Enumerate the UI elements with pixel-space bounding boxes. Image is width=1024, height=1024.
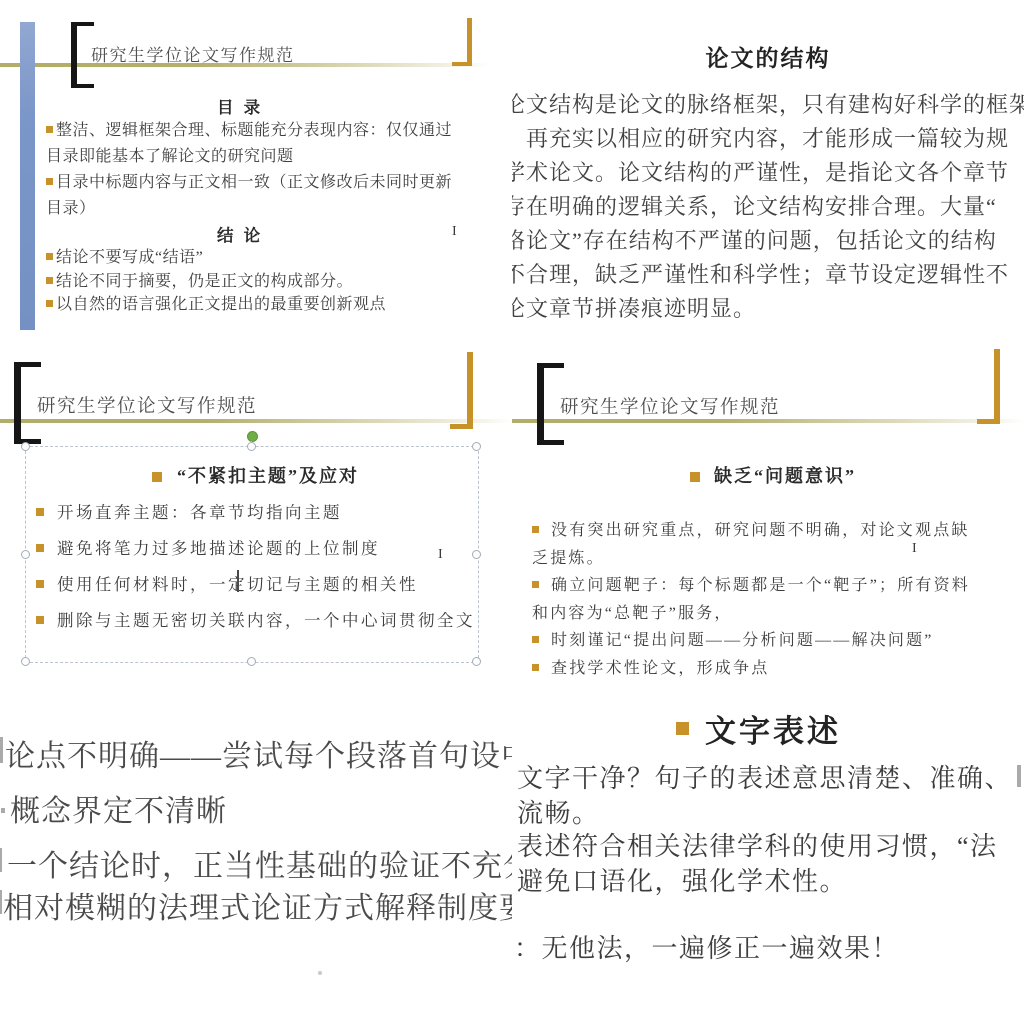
bullet-icon (46, 178, 53, 185)
conclusion-section-title: 结 论 (60, 222, 420, 246)
slide-thumb-argument[interactable]: 论点不明确——尝试每个段落首句设中 概念界定不清晰 一个结论时，正当性基础的验证… (0, 690, 512, 1024)
bullet-icon (46, 277, 53, 284)
bullet-icon (532, 581, 539, 588)
conclusion-list: 结论不要写成“结语” 结论不同于摘要，仍是正文的构成部分。 以自然的语言强化正文… (46, 246, 476, 317)
list-item: 整洁、逻辑框架合理、标题能充分表现内容：仅仅通过目录即能基本了解论文的研究问题 (46, 118, 456, 170)
toc-list: 整洁、逻辑框架合理、标题能充分表现内容：仅仅通过目录即能基本了解论文的研究问题 … (46, 118, 456, 222)
slide-title: “不紧扣主题”及应对 (177, 462, 359, 488)
slide-thumb-theme[interactable]: 研究生学位论文写作规范 “不紧扣主题”及应对 开场直奔主题：各章节均指向主题 避… (0, 345, 512, 690)
header-rule (0, 419, 512, 423)
toc-section-title: 目 录 (60, 94, 420, 118)
clipped-char-fragment (1, 808, 5, 813)
slides-grid: 研究生学位论文写作规范 目 录 整洁、逻辑框架合理、标题能充分表现内容：仅仅通过… (0, 0, 1024, 1024)
slide-title: 缺乏“问题意识” (714, 462, 856, 488)
list-item: 以自然的语言强化正文提出的最重要创新观点 (46, 293, 476, 317)
bullet-icon (36, 580, 44, 588)
clipped-char-fragment (1017, 765, 1021, 787)
resize-handle-ne[interactable] (472, 442, 481, 451)
text-cursor-ibeam: I (438, 547, 443, 563)
list-item: 时刻谨记“提出问题——分析问题——解决问题” (532, 627, 980, 655)
list-item: 使用任何材料时，一定切记与主题的相关性 (36, 567, 482, 603)
slide-thumb-wording[interactable]: 文字表述 文字干净？句子的表述意思清楚、准确、 流畅。 表述符合相关法律学科的使… (512, 690, 1024, 1024)
header-rule (512, 419, 1024, 423)
body-line: ：无他法，一遍修正一遍效果！ (514, 928, 899, 965)
list-item: 结论不要写成“结语” (46, 246, 476, 270)
rotate-handle[interactable] (247, 431, 258, 442)
list-item: 避免将笔力过多地描述论题的上位制度 (36, 531, 482, 567)
body-line: 论点不明确——尝试每个段落首句设中 (5, 731, 512, 775)
body-line: 流畅。 (517, 793, 600, 830)
list-item: 查找学术性论文，形成争点 (532, 655, 980, 683)
bullet-icon (532, 636, 539, 643)
title-bullet-icon (152, 472, 162, 482)
text-cursor-ibeam: I (912, 541, 917, 557)
bullet-icon (36, 616, 44, 624)
stray-dot (318, 971, 322, 975)
resize-handle-n[interactable] (247, 442, 256, 451)
right-bracket-icon (977, 349, 1000, 424)
bullet-icon (46, 126, 53, 133)
clipped-char-fragment (0, 737, 3, 763)
list-item: 结论不同于摘要，仍是正文的构成部分。 (46, 270, 476, 294)
body-line: 表述符合相关法律学科的使用习惯，“法 (517, 826, 998, 863)
bullet-icon (532, 526, 539, 533)
body-line: ，再充实以相应的研究内容，才能形成一篇较为规 (512, 122, 1009, 153)
resize-handle-w[interactable] (21, 550, 30, 559)
body-line: 一个结论时，正当性基础的验证不充分 (7, 841, 512, 885)
slide-accent-bar (20, 22, 35, 330)
text-cursor-ibeam: I (452, 224, 457, 240)
title-bullet-icon (676, 722, 689, 735)
body-line: 文字干净？句子的表述意思清楚、准确、 (517, 758, 1012, 795)
bullet-icon (46, 300, 53, 307)
body-line: 学术论文。论文结构的严谨性，是指论文各个章节 (512, 156, 1009, 187)
slide-title: 论文的结构 (512, 40, 1024, 73)
list-item: 确立问题靶子：每个标题都是一个“靶子”；所有资料和内容为“总靶子”服务， (532, 572, 980, 627)
right-bracket-icon (452, 18, 472, 66)
list-item: 删除与主题无密切关联内容，一个中心词贯彻全文 (36, 603, 482, 639)
body-line: 格论文”存在结构不严谨的问题，包括论文的结构 (512, 224, 997, 255)
bullet-icon (532, 664, 539, 671)
body-line: 存在明确的逻辑关系，论文结构安排合理。大量“ (512, 190, 997, 221)
slide-thumb-problem[interactable]: 研究生学位论文写作规范 缺乏“问题意识” 没有突出研究重点，研究问题不明确，对论… (512, 345, 1024, 690)
bullet-icon (36, 544, 44, 552)
body-line: 不合理，缺乏严谨性和科学性；章节设定逻辑性不 (512, 258, 1009, 289)
slide-header-title: 研究生学位论文写作规范 (37, 392, 257, 418)
bullet-icon (46, 253, 53, 260)
clipped-char-fragment (0, 848, 2, 872)
body-line: 概念界定不清晰 (10, 786, 227, 830)
text-caret (237, 570, 239, 592)
list-item: 开场直奔主题：各章节均指向主题 (36, 495, 482, 531)
title-bullet-icon (690, 472, 700, 482)
slide-header-title: 研究生学位论文写作规范 (560, 393, 780, 419)
slide-title: 文字表述 (705, 706, 841, 751)
body-line: 论文结构是论文的脉络框架，只有建构好科学的框架 (512, 88, 1024, 119)
body-line: 避免口语化，强化学术性。 (517, 861, 847, 898)
body-line: 相对模糊的法理式论证方式解释制度要 (3, 883, 512, 927)
resize-handle-sw[interactable] (21, 657, 30, 666)
slide-thumb-toc[interactable]: 研究生学位论文写作规范 目 录 整洁、逻辑框架合理、标题能充分表现内容：仅仅通过… (0, 0, 512, 345)
resize-handle-nw[interactable] (21, 442, 30, 451)
bullet-icon (36, 508, 44, 516)
slide-header-title: 研究生学位论文写作规范 (91, 41, 295, 66)
bullet-list: 开场直奔主题：各章节均指向主题 避免将笔力过多地描述论题的上位制度 使用任何材料… (36, 495, 482, 639)
resize-handle-se[interactable] (472, 657, 481, 666)
body-line: 论文章节拼凑痕迹明显。 (512, 292, 756, 323)
clipped-char-fragment (0, 890, 2, 914)
slide-thumb-structure[interactable]: 论文的结构 论文结构是论文的脉络框架，只有建构好科学的框架 ，再充实以相应的研究… (512, 0, 1024, 345)
list-item: 目录中标题内容与正文相一致（正文修改后未同时更新目录） (46, 170, 456, 222)
right-bracket-icon (450, 352, 473, 429)
resize-handle-s[interactable] (247, 657, 256, 666)
